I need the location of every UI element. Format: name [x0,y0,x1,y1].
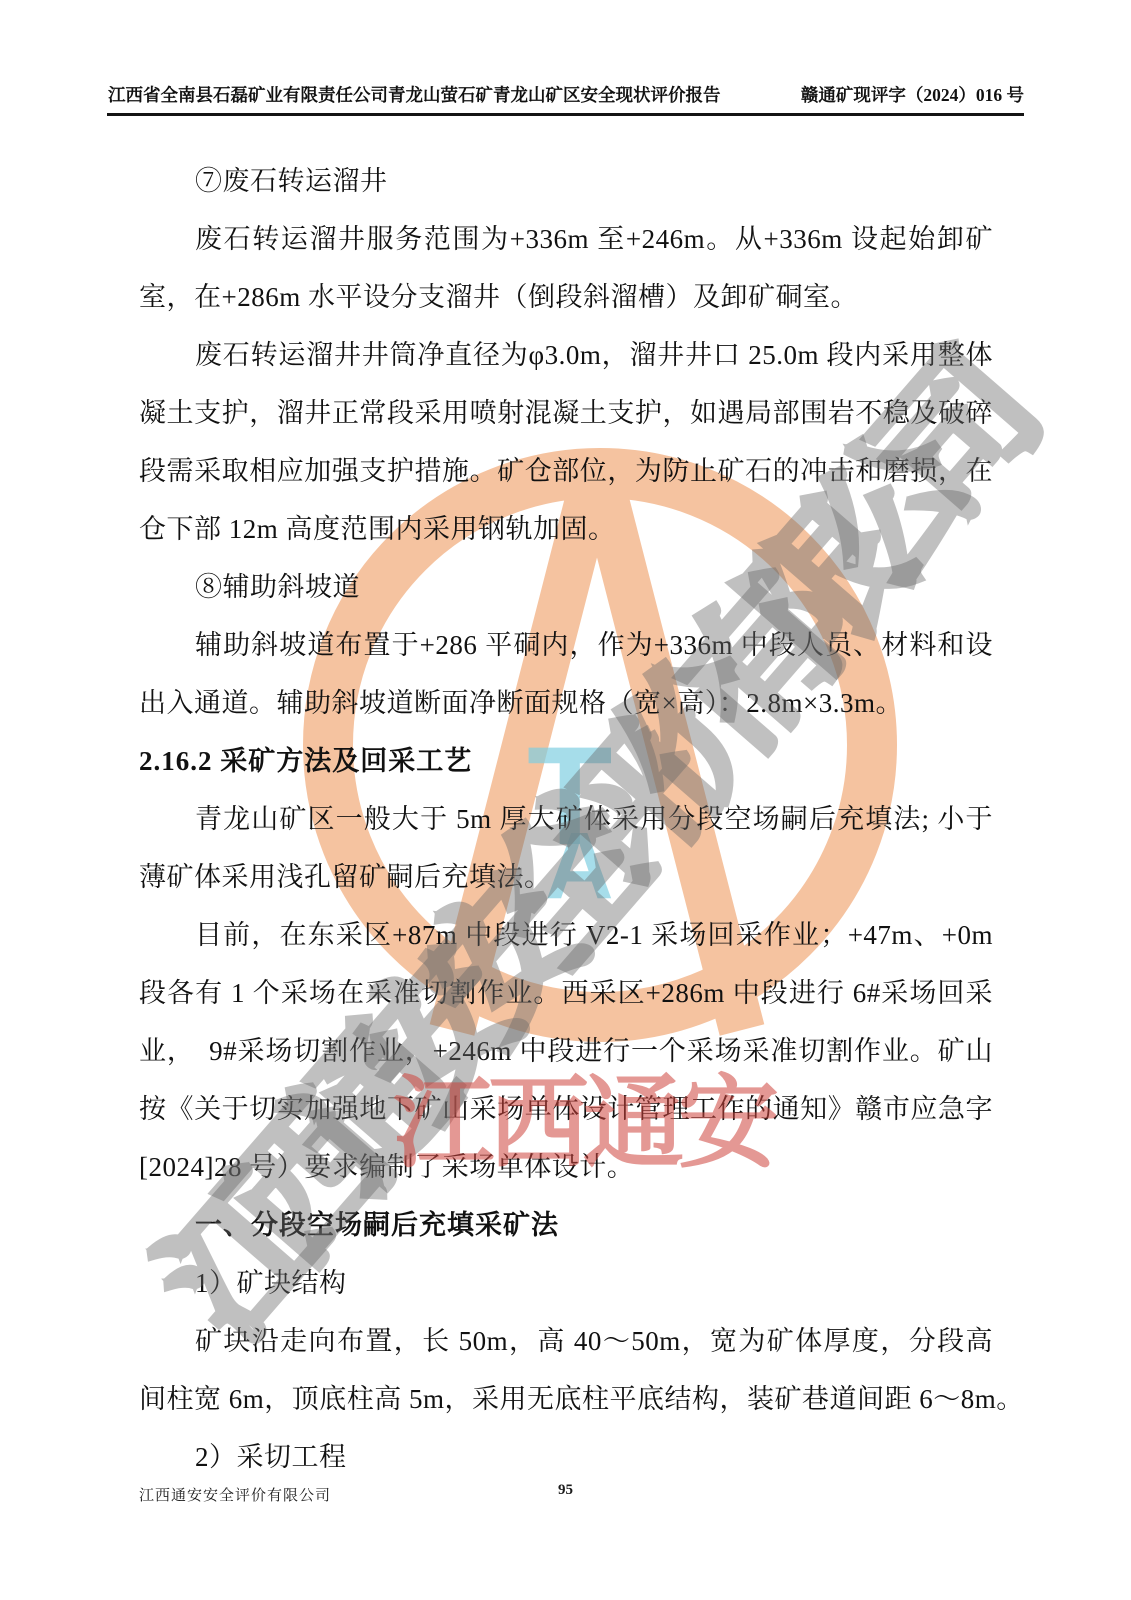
text-line: 废石转运溜井井筒净直径为φ3.0m，溜井井口 25.0m 段内采用整体混 [139,326,993,384]
text-line: 段各有 1 个采场在采准切割作业。西采区+286m 中段进行 6#采场回采作 [139,964,993,1022]
text-line: 2）采切工程 [139,1428,993,1486]
text-line: 段需采取相应加强支护措施。矿仓部位，为防止矿石的冲击和磨损，在矿 [139,442,993,500]
text-line: ⑦废石转运溜井 [139,152,993,210]
text-line: 按《关于切实加强地下矿山采场单体设计管理工作的通知》赣市应急字 [139,1080,993,1138]
header-report-title: 江西省全南县石磊矿业有限责任公司青龙山萤石矿青龙山矿区安全现状评价报告 [108,82,721,107]
text-line: 1）矿块结构 [139,1254,993,1312]
text-line: 室，在+286m 水平设分支溜井（倒段斜溜槽）及卸矿硐室。 [139,268,993,326]
text-line: 业， 9#采场切割作业，+246m 中段进行一个采场采准切割作业。矿山已 [139,1022,993,1080]
text-line: 仓下部 12m 高度范围内采用钢轨加固。 [139,500,993,558]
text-line: [2024]28 号）要求编制了采场单体设计。 [139,1138,993,1196]
text-line: 2.16.2 采矿方法及回采工艺 [139,732,993,790]
text-line: 薄矿体采用浅孔留矿嗣后充填法。 [139,848,993,906]
text-line: 废石转运溜井服务范围为+336m 至+246m。从+336m 设起始卸矿硐 [139,210,993,268]
text-line: 一、分段空场嗣后充填采矿法 [139,1196,993,1254]
document-body: ⑦废石转运溜井废石转运溜井服务范围为+336m 至+246m。从+336m 设起… [139,152,993,1486]
text-line: 出入通道。辅助斜坡道断面净断面规格（宽×高）：2.8m×3.3m。 [139,674,993,732]
text-line: ⑧辅助斜坡道 [139,558,993,616]
text-line: 目前，在东采区+87m 中段进行 V2-1 采场回采作业；+47m、+0m 中 [139,906,993,964]
page-number: 95 [0,1482,1131,1499]
text-line: 矿块沿走向布置，长 50m，高 40～50m，宽为矿体厚度，分段高 10～12m… [139,1312,993,1370]
page-header: 江西省全南县石磊矿业有限责任公司青龙山萤石矿青龙山矿区安全现状评价报告 赣通矿现… [108,82,1024,107]
header-rule [107,113,1024,116]
text-line: 辅助斜坡道布置于+286 平硐内，作为+336m 中段人员、材料和设备 [139,616,993,674]
header-doc-number: 赣通矿现评字（2024）016 号 [801,82,1024,107]
text-line: 间柱宽 6m，顶底柱高 5m，采用无底柱平底结构，装矿巷道间距 6～8m。 [139,1370,993,1428]
text-line: 凝土支护，溜井正常段采用喷射混凝土支护，如遇局部围岩不稳及破碎地 [139,384,993,442]
text-line: 青龙山矿区一般大于 5m 厚大矿体采用分段空场嗣后充填法; 小于 5m [139,790,993,848]
